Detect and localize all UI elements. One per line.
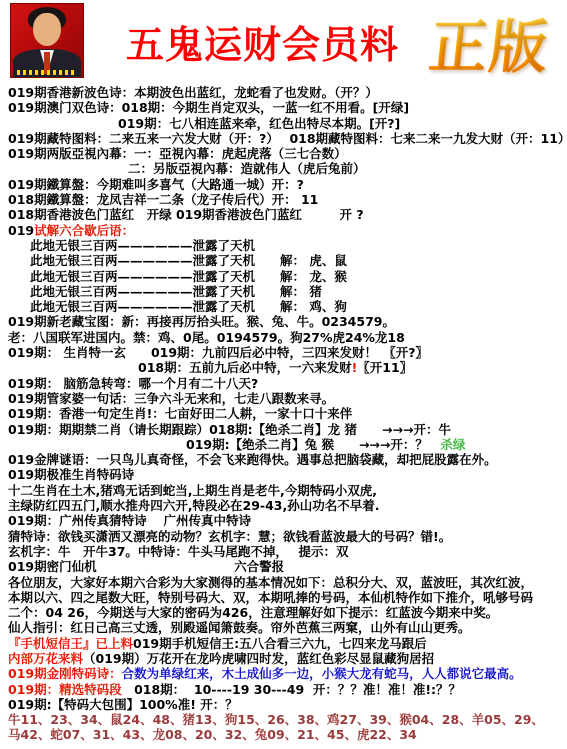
text-line: 本期以六、四之尾数大旺，特别号码大、双，本期吼捧的号码，本仙机特作如下推介，吼够… bbox=[8, 590, 564, 605]
text-line: 019期： 脑筋急转弯：哪一个月有二十八天? bbox=[8, 376, 564, 391]
text-segment: 合数为单绿红来，木土成仙多一边，小猴大龙有蛇马，人人都说它最高。 bbox=[122, 666, 522, 681]
portrait-caption bbox=[17, 70, 77, 75]
text-segment: 『手机短信王』已上料 bbox=[8, 636, 133, 651]
text-segment: 仙人指引：红日己高三丈透，别殿遥闻箫鼓奏。帘外芭蕉三两窠，山外有山山更秀。 bbox=[8, 620, 471, 635]
text-segment: 〖开11〗 bbox=[357, 360, 412, 375]
text-line: 019期藏特图料：二来五来一六发大财（开：?） 018期藏特图料：七来二来一九发… bbox=[8, 131, 564, 146]
text-segment: 玄机字：牛 开牛37。中特诗：牛头马尾跑不掉， 提示：双 bbox=[8, 544, 349, 559]
text-line: 马42、蛇07、31、43、龙08、20、32、兔09、21、45、虎22、34 bbox=[8, 727, 564, 742]
text-segment: 019期极准生肖特码诗 bbox=[8, 467, 134, 482]
text-line: 019期： 生肖特一玄 019期：九前四后必中特，三四来发财！ 〖开?〗 bbox=[8, 345, 564, 360]
text-line: 老：八国联军进国内。禁：鸡、0尾。0194579。狗27%虎24%龙18 bbox=[8, 330, 564, 345]
text-segment: 十二生肖在土木,猪鸡无话到蛇当,上期生肖是老牛,今期特码小双虎, bbox=[8, 483, 377, 498]
text-segment: 019金牌谜语：一只鸟儿真奇怪，不会飞来跑得快。遇事总把脑袋藏，却把屁股露在外。 bbox=[8, 452, 497, 467]
text-segment: （019期）万花开在龙吟虎啸四时发，蓝红色彩尽显鼠藏狗居招 bbox=[83, 651, 434, 666]
text-line: 018期：五前九后必中特，一六来发财!〖开11〗 bbox=[8, 360, 564, 375]
text-line: 二个：04 26，今期送与大家的密码为426，注意理解好如下提示：红蓝波今期来中… bbox=[8, 605, 564, 620]
text-line: 仙人指引：红日己高三丈透，别殿遥闻箫鼓奏。帘外芭蕉三两窠，山外有山山更秀。 bbox=[8, 620, 564, 635]
text-line: 019期澳门双色诗：018期：今期生肖定双头，一蓝一红不用看。[开绿] bbox=[8, 100, 564, 115]
text-segment: 019期管家婆一句话：三争六斗无来和，七走八跟数来寻。 bbox=[8, 391, 334, 406]
text-line: 此地无银三百两——————泄露了天机 解： 虎、鼠 bbox=[8, 253, 564, 268]
text-line: 019试解六合歇后语： bbox=[8, 223, 564, 238]
text-segment: 019期： 生肖特一玄 019期：九前四后必中特，三四来发财！ 〖开?〗 bbox=[8, 345, 428, 360]
text-segment: 此地无银三百两——————泄露了天机 解： 猪 bbox=[30, 284, 322, 299]
text-line: 此地无银三百两——————泄露了天机 解： 鸡、狗 bbox=[8, 299, 564, 314]
text-segment: 019期密门仙机 六合警报 bbox=[8, 559, 284, 574]
text-segment: 019期：七八相连蓝来牵，红色出特尽本期。[开?] bbox=[118, 116, 400, 131]
text-line: 019期:【特码大包围】100%准! 开：？ bbox=[8, 697, 564, 712]
text-segment: 019期藏特图料：二来五来一六发大财（开：?） 018期藏特图料：七来二来一九发… bbox=[8, 131, 567, 146]
text-line: 十二生肖在土木,猪鸡无话到蛇当,上期生肖是老牛,今期特码小双虎, bbox=[8, 483, 564, 498]
text-line: 牛11、23、34、鼠24、48、猪13、狗15、26、38、鸡27、39、猴0… bbox=[8, 712, 564, 727]
text-line: 019金牌谜语：一只鸟儿真奇怪，不会飞来跑得快。遇事总把脑袋藏，却把屁股露在外。 bbox=[8, 452, 564, 467]
text-line: 019期管家婆一句话：三争六斗无来和，七走八跟数来寻。 bbox=[8, 391, 564, 406]
text-line: 019期：精选特码段 018期： 10----19 30---49 开：？？准！… bbox=[8, 682, 564, 697]
text-segment: 主绿防红四五门,顺水推舟四六开,特段必在29-43,孙山功名不早着. bbox=[8, 498, 379, 513]
text-line: 此地无银三百两——————泄露了天机 解： 龙、猴 bbox=[8, 269, 564, 284]
text-segment: 018期：五前九后必中特，一六来发财 bbox=[138, 360, 352, 375]
text-segment: 试解六合歇后语： bbox=[34, 223, 134, 238]
text-segment: 019期:【绝杀二肖】兔 猴 →→→开：？ bbox=[186, 437, 440, 452]
text-line: 018期鐵算盤：龙凤吉祥一二条（龙子传后代）开： 11 bbox=[8, 192, 564, 207]
text-line: 019期：香港一句定生肖!：七亩好田二人耕，一家十口十来伴 bbox=[8, 406, 564, 421]
text-segment: 此地无银三百两——————泄露了天机 解： 鸡、狗 bbox=[30, 299, 347, 314]
text-segment: 二：另版亞視內幕：造就伟人（虎后兔前） bbox=[128, 161, 366, 176]
text-segment: 019期新老藏宝图：新：再接再厉拾头旺。猴、兔、牛。0234579。 bbox=[8, 314, 395, 329]
text-line: 019期：七八相连蓝来牵，红色出特尽本期。[开?] bbox=[8, 116, 564, 131]
text-segment: 019期：香港一句定生肖!：七亩好田二人耕，一家十口十来伴 bbox=[8, 406, 352, 421]
text-segment: 此地无银三百两——————泄露了天机 解： 虎、鼠 bbox=[30, 253, 347, 268]
text-segment: 019期：广州传真猜特诗 广州传真中特诗 bbox=[8, 513, 251, 528]
content-lines: 019期香港新波色诗：本期波色出蓝红，龙蛇看了也发财。（开？）019期澳门双色诗… bbox=[8, 85, 564, 743]
text-line: 此地无银三百两——————泄露了天机 解： 猪 bbox=[8, 284, 564, 299]
text-line: 019期鐵算盤：今期难叫多喜气（大路通一城）开：? bbox=[8, 177, 564, 192]
text-line: 猜特诗：欲钱买潇洒又漂亮的动物？玄机字：慧；欲钱看蓝波最大的号码？错!。 bbox=[8, 529, 564, 544]
text-segment: 019期:【特码大包围】100%准! 开：？ bbox=[8, 697, 238, 712]
text-line: 主绿防红四五门,顺水推舟四六开,特段必在29-43,孙山功名不早着. bbox=[8, 498, 564, 513]
text-line: 019期香港新波色诗：本期波色出蓝红，龙蛇看了也发财。（开？） bbox=[8, 85, 564, 100]
text-segment: 019期金刚特码诗： bbox=[8, 666, 122, 681]
text-line: 二：另版亞視內幕：造就伟人（虎后兔前） bbox=[8, 161, 564, 176]
text-line: 『手机短信王』已上料019期手机短信王:五八合看三六九，七四来龙马跟后 bbox=[8, 636, 564, 651]
flyer-page: 五鬼运财会员料 正版 019期香港新波色诗：本期波色出蓝红，龙蛇看了也发财。（开… bbox=[0, 0, 567, 749]
text-line: 018期香港波色门蓝红 开绿 019期香港波色门蓝红 开 ? bbox=[8, 207, 564, 222]
text-segment: 019期：期期禁二肖（请长期跟踪）018期:【绝杀二肖】龙 猪 →→→开：牛 bbox=[8, 422, 451, 437]
text-segment: 018期： 10----19 30---49 开：？？准！准！准!:？？ bbox=[122, 682, 461, 697]
text-segment: 018期香港波色门蓝红 开绿 019期香港波色门蓝红 开 ? bbox=[8, 207, 364, 222]
text-line: 019期金刚特码诗：合数为单绿红来，木土成仙多一边，小猴大龙有蛇马，人人都说它最… bbox=[8, 666, 564, 681]
text-segment: 本期以六、四之尾数大旺，特别号码大、双，本期吼捧的号码，本仙机特作如下推介，吼够… bbox=[8, 590, 533, 605]
text-segment: 019期澳门双色诗：018期：今期生肖定双头，一蓝一红不用看。[开绿] bbox=[8, 100, 409, 115]
text-line: 019期新老藏宝图：新：再接再厉拾头旺。猴、兔、牛。0234579。 bbox=[8, 314, 564, 329]
text-segment: 018期鐵算盤：龙凤吉祥一二条（龙子传后代）开： 11 bbox=[8, 192, 318, 207]
text-line: 玄机字：牛 开牛37。中特诗：牛头马尾跑不掉， 提示：双 bbox=[8, 544, 564, 559]
text-segment: 此地无银三百两——————泄露了天机 bbox=[30, 238, 255, 253]
text-segment: 019期鐵算盤：今期难叫多喜气（大路通一城）开：? bbox=[8, 177, 304, 192]
text-line: 019期：广州传真猜特诗 广州传真中特诗 bbox=[8, 513, 564, 528]
text-segment: 猜特诗：欲钱买潇洒又漂亮的动物？玄机字：慧；欲钱看蓝波最大的号码？错!。 bbox=[8, 529, 451, 544]
text-segment: 内部万花来料 bbox=[8, 651, 83, 666]
text-segment: 此地无银三百两——————泄露了天机 解： 龙、猴 bbox=[30, 269, 347, 284]
text-segment: 019期： 脑筋急转弯：哪一个月有二十八天? bbox=[8, 376, 258, 391]
text-segment: 老：八国联军进国内。禁：鸡、0尾。0194579。狗27%虎24%龙18 bbox=[8, 330, 405, 345]
portrait-face-icon bbox=[33, 13, 61, 46]
page-title: 五鬼运财会员料 bbox=[126, 14, 399, 69]
text-line: 内部万花来料（019期）万花开在龙吟虎啸四时发，蓝红色彩尽显鼠藏狗居招 bbox=[8, 651, 564, 666]
text-line: 各位朋友，大家好本期六合彩为大家测得的基本情况如下：总积分大、双，蓝波旺，其次红… bbox=[8, 575, 564, 590]
text-segment: 019期手机短信王:五八合看三六九，七四来龙马跟后 bbox=[133, 636, 427, 651]
portrait-photo bbox=[10, 3, 84, 78]
text-segment: 019期两版亞視內幕：一：亞視內幕：虎起虎落（三七合数） bbox=[8, 146, 347, 161]
text-segment: 各位朋友，大家好本期六合彩为大家测得的基本情况如下：总积分大、双，蓝波旺，其次红… bbox=[8, 575, 533, 590]
text-segment: 019期：精选特码段 bbox=[8, 682, 122, 697]
text-line: 019期：期期禁二肖（请长期跟踪）018期:【绝杀二肖】龙 猪 →→→开：牛 bbox=[8, 422, 564, 437]
text-line: 此地无银三百两——————泄露了天机 bbox=[8, 238, 564, 253]
text-segment: 杀绿 bbox=[440, 437, 465, 452]
text-line: 019期两版亞視內幕：一：亞視內幕：虎起虎落（三七合数） bbox=[8, 146, 564, 161]
text-segment: 019期香港新波色诗：本期波色出蓝红，龙蛇看了也发财。（开？） bbox=[8, 85, 378, 100]
text-segment: 019 bbox=[8, 223, 34, 238]
text-line: 019期密门仙机 六合警报 bbox=[8, 559, 564, 574]
header: 五鬼运财会员料 正版 bbox=[0, 0, 567, 84]
text-segment: 马42、蛇07、31、43、龙08、20、32、兔09、21、45、虎22、34 bbox=[8, 727, 417, 742]
text-line: 019期极准生肖特码诗 bbox=[8, 467, 564, 482]
text-segment: 牛11、23、34、鼠24、48、猪13、狗15、26、38、鸡27、39、猴0… bbox=[8, 712, 544, 727]
text-segment: 二个：04 26，今期送与大家的密码为426，注意理解好如下提示：红蓝波今期来中… bbox=[8, 605, 498, 620]
genuine-badge: 正版 bbox=[426, 0, 555, 84]
text-line: 019期:【绝杀二肖】兔 猴 →→→开：？ 杀绿 bbox=[8, 437, 564, 452]
